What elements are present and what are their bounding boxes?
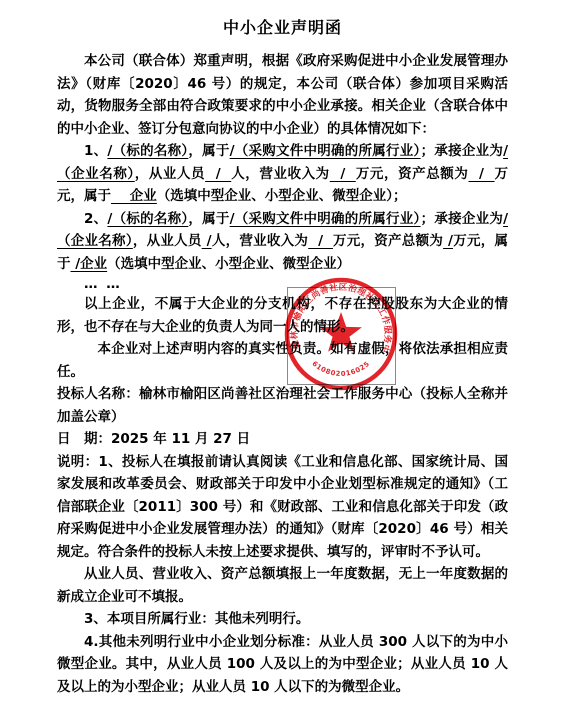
fill-in-blank: /（标的名称） (107, 211, 188, 227)
declaration-document-page: 中小企业声明函 本公司（联合体）郑重声明，根据《政府采购促进中小企业发展管理办法… (0, 0, 564, 703)
note-4: 4.其他未列明行业中小企业划分标准：从业人员 300 人以下的为中小微型企业。其… (57, 631, 508, 699)
document-body: 中小企业声明函 本公司（联合体）郑重声明，根据《政府采购促进中小企业发展管理办法… (57, 16, 508, 698)
fill-in-blank: / (308, 233, 333, 249)
text-run: ；承接企业为 (421, 143, 504, 159)
text-run: ，从业人员 (135, 166, 205, 182)
text-run: ，从业人员 (133, 233, 202, 249)
text-run: 1、 (84, 143, 107, 159)
fill-in-blank: / (443, 233, 453, 249)
declaration-item-2: 2、/（标的名称），属于/（采购文件中明确的所属行业）；承接企业为/（企业名称）… (57, 208, 508, 276)
note-2: 从业人员、营业收入、资产总额填报上一年度数据，无上一年度数据的新成立企业可不填报… (57, 563, 508, 608)
bidder-name-line: 投标人名称：榆林市榆阳区尚善社区治理社会工作服务中心（投标人全称并加盖公章） (57, 383, 508, 428)
text-run: 2、 (84, 211, 107, 227)
text-run: 万元，资产总额为 (333, 233, 443, 249)
note-1: 说明：1、投标人在填报前请认真阅读《工业和信息化部、国家统计局、国家发展和改革委… (57, 451, 508, 564)
fill-in-blank: / (205, 166, 231, 182)
fill-in-blank: / (468, 166, 494, 182)
fill-in-blank: /（标的名称） (107, 143, 188, 159)
fill-in-blank: /（采购文件中明确的所属行业） (230, 143, 421, 159)
fill-in-blank: 企业 (111, 188, 157, 204)
ellipsis-placeholder: … … (57, 275, 508, 293)
declaration-item-1: 1、/（标的名称），属于/（采购文件中明确的所属行业）；承接企业为/（企业名称）… (57, 140, 508, 208)
note-3: 3、本项目所属行业：其他未列明行。 (57, 608, 508, 631)
fill-in-blank: / (202, 233, 212, 249)
text-run: 万元，资产总额为 (356, 166, 469, 182)
text-run: ，属于 (188, 211, 229, 227)
text-run: ，属于 (188, 143, 229, 159)
text-run: （选填中型企业、小型企业、微型企业）； (157, 188, 407, 204)
date-line: 日 期：2025 年 11 月 27 日 (57, 428, 508, 451)
fill-in-blank: /（采购文件中明确的所属行业） (230, 211, 421, 227)
no-large-enterprise-clause: 以上企业，不属于大企业的分支机构，不存在控股股东为大企业的情形，也不存在与大企业… (57, 293, 508, 338)
text-run: （选填中型企业、小型企业、微型企业） (107, 256, 350, 272)
intro-paragraph: 本公司（联合体）郑重声明，根据《政府采购促进中小企业发展管理办法》（财库〔202… (57, 50, 508, 140)
text-run: ；承接企业为 (421, 211, 504, 227)
responsibility-clause: 本企业对上述声明内容的真实性负责。如有虚假，将依法承担相应责任。 (57, 338, 508, 383)
text-run: 人，营业收入为 (212, 233, 309, 249)
fill-in-blank: / (330, 166, 356, 182)
fill-in-blank: /企业 (71, 256, 108, 272)
document-title: 中小企业声明函 (57, 16, 508, 40)
stamp-image-frame (287, 287, 396, 385)
text-run: 人，营业收入为 (231, 166, 330, 182)
